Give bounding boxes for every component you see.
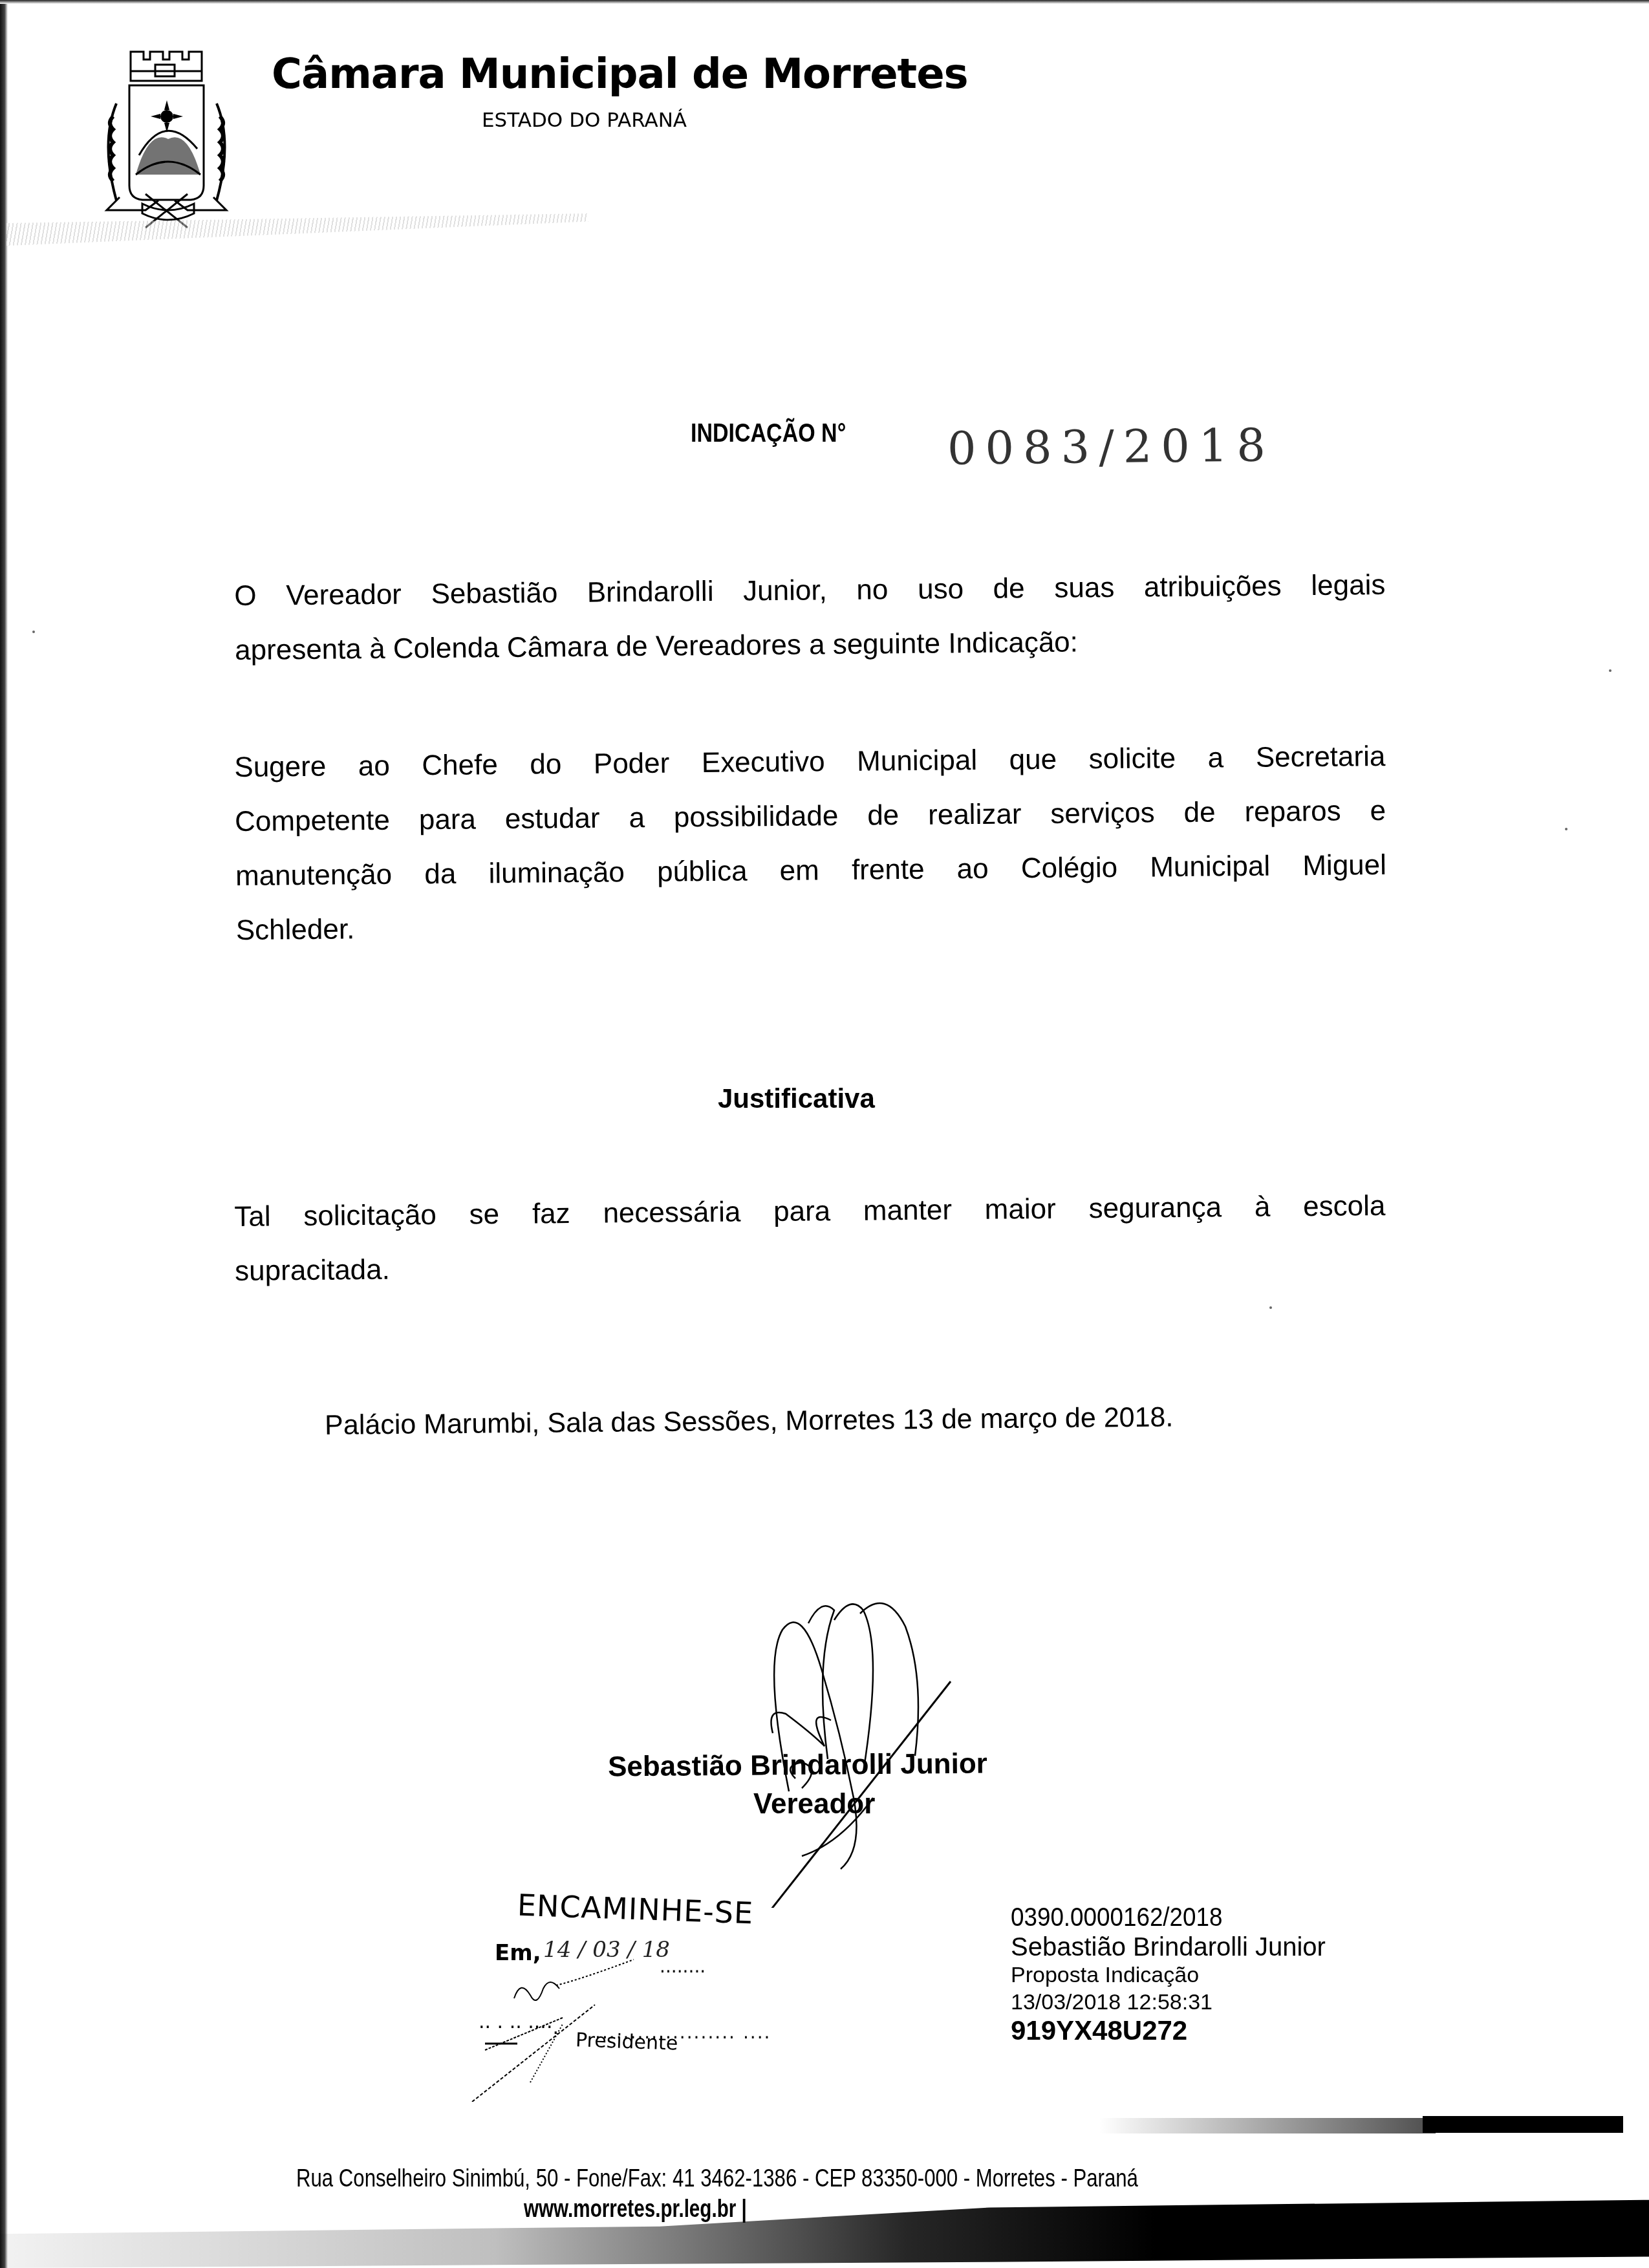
scan-speck	[32, 631, 35, 633]
institution-title: Câmara Municipal de Morretes	[272, 50, 968, 98]
scan-speck	[1609, 669, 1611, 672]
scan-edge-left	[0, 0, 8, 2268]
footer-address: Rua Conselheiro Sinimbú, 50 - Fone/Fax: …	[296, 2165, 1138, 2193]
protocol-block: 0390.0000162/2018 Sebastião Brindarolli …	[1011, 1905, 1326, 2044]
document-type-label: INDICAÇÃO N°	[691, 419, 846, 448]
scan-speck	[1269, 1306, 1272, 1309]
justification-line: supracitada.	[235, 1233, 1386, 1299]
intro-paragraph: O Vereador Sebastião Brindarolli Junior,…	[234, 558, 1386, 678]
document-number: 0083/2018	[947, 418, 1275, 475]
justification-line: Tal solicitação se faz necessária para m…	[234, 1179, 1386, 1244]
svg-text:·· · ·· ····.: ·· · ·· ····.	[479, 2016, 559, 2039]
protocol-type: Proposta Indicação	[1011, 1964, 1326, 1986]
scan-smudge	[0, 2192, 1649, 2268]
svg-text:........: ........	[660, 1956, 706, 1977]
intro-line: O Vereador Sebastião Brindarolli Junior,…	[234, 558, 1386, 623]
stamp-role: Presidente	[575, 2029, 678, 2055]
justification-heading: Justificativa	[718, 1083, 875, 1114]
justification-paragraph: Tal solicitação se faz necessária para m…	[234, 1179, 1386, 1299]
protocol-code: 919YX48U272	[1011, 2017, 1326, 2044]
request-line: manutenção da iluminação pública em fren…	[235, 838, 1387, 903]
protocol-datetime: 13/03/2018 12:58:31	[1011, 1991, 1326, 2013]
intro-line: apresenta à Colenda Câmara de Vereadores…	[235, 612, 1386, 678]
signer-name: Sebastião Brindarolli Junior	[608, 1747, 987, 1783]
scan-edge-top	[0, 0, 1649, 4]
closing-place-date: Palácio Marumbi, Sala das Sessões, Morre…	[325, 1401, 1174, 1442]
institution-subtitle: ESTADO DO PARANÁ	[482, 109, 687, 132]
request-paragraph: Sugere ao Chefe do Poder Executivo Munic…	[234, 729, 1387, 958]
footer-band	[1423, 2116, 1623, 2133]
handwritten-signature-icon	[698, 1584, 1002, 1908]
request-line: Schleder.	[235, 892, 1387, 958]
protocol-author: Sebastião Brindarolli Junior	[1011, 1934, 1326, 1960]
footer-band	[1099, 2118, 1436, 2133]
stamp-signature-icon: ·· · ·· ····. .................... .... …	[466, 1888, 828, 2102]
protocol-number: 0390.0000162/2018	[1011, 1905, 1300, 1930]
signer-role: Vereador	[753, 1788, 875, 1820]
scan-speck	[1565, 828, 1568, 830]
footer-url: www.morretes.pr.leg.br |	[524, 2196, 747, 2223]
municipal-crest-icon	[91, 45, 246, 230]
